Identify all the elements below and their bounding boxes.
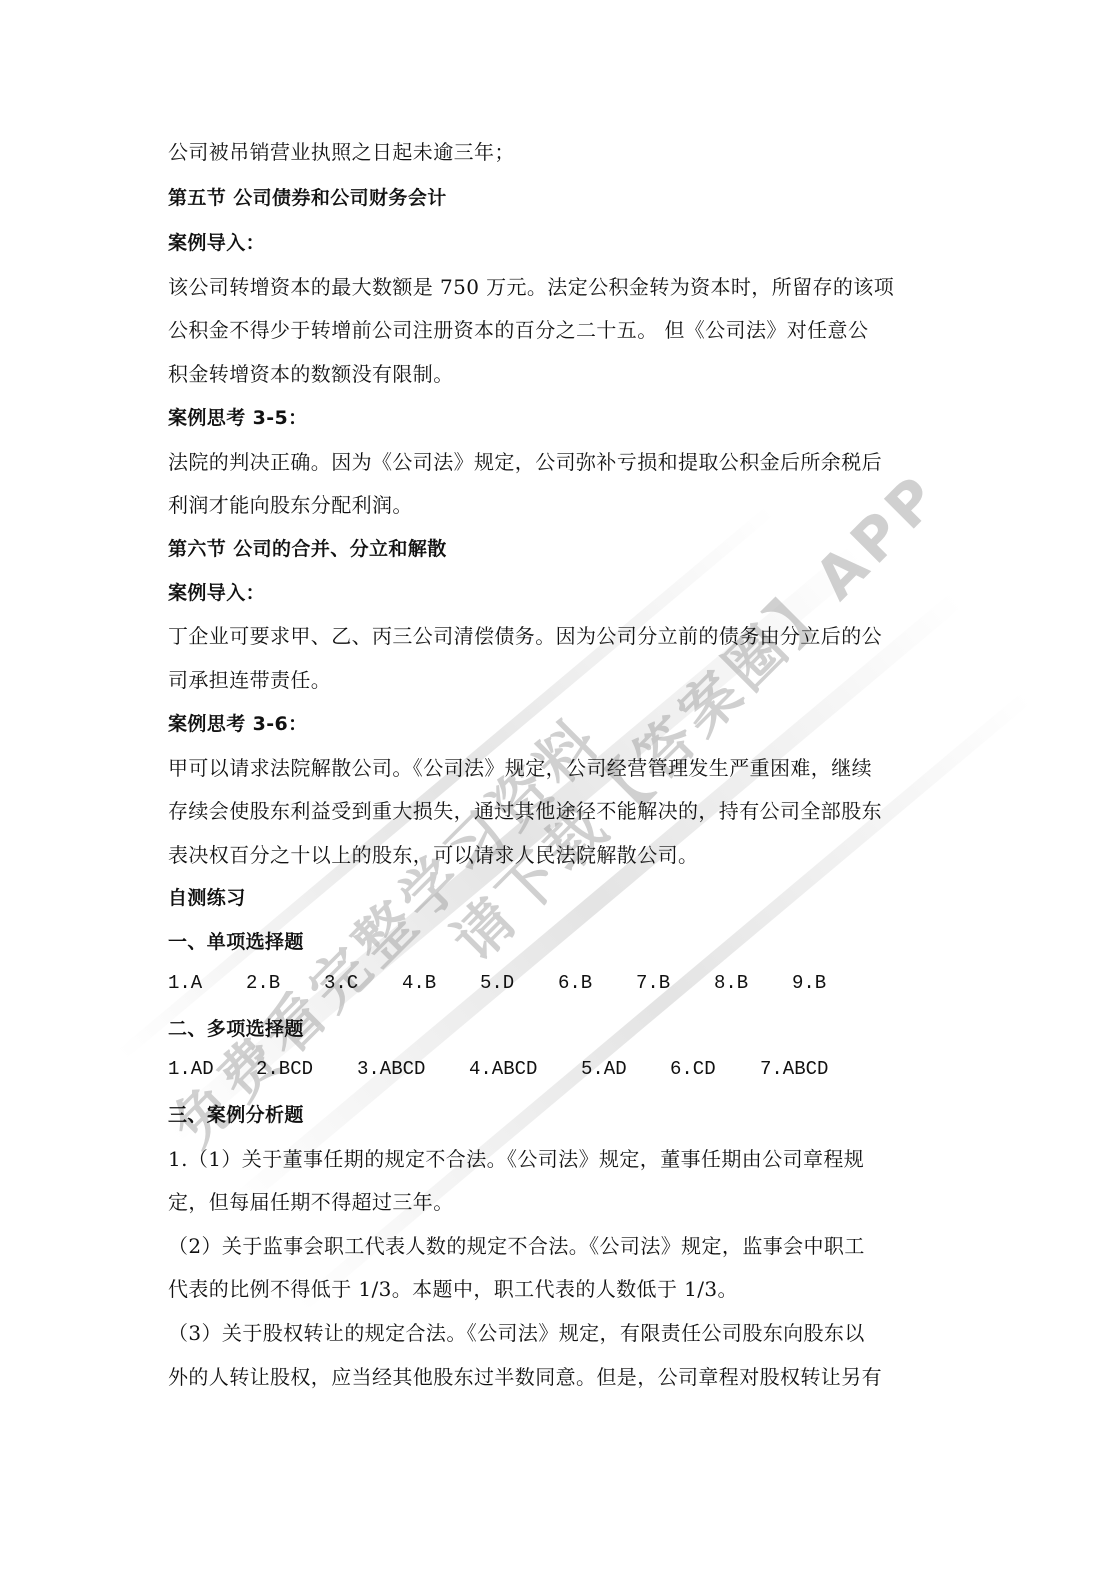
answer-item: 1.A <box>168 972 202 994</box>
text-line: 定，但每届任期不得超过三年。 <box>168 1188 454 1216</box>
multi-choice-heading: 二、多项选择题 <box>168 1015 304 1043</box>
answer-item: 2.B <box>246 972 280 994</box>
case-thinking-heading-3-6: 案例思考 3-6： <box>168 710 308 738</box>
text-line: 代表的比例不得低于 1/3。本题中，职工代表的人数低于 1/3。 <box>168 1275 738 1303</box>
watermark-stripe <box>296 691 1033 1312</box>
answer-item: 4.B <box>402 972 436 994</box>
watermark-line-2: 请下载【答案圈】APP <box>430 451 956 977</box>
text-line: （2）关于监事会职工代表人数的规定不合法。《公司法》规定，监事会中职工 <box>168 1232 865 1260</box>
answer-item: 1.AD <box>168 1058 214 1080</box>
text-line: 司承担连带责任。 <box>168 666 331 694</box>
text-line: 丁企业可要求甲、乙、丙三公司清偿债务。因为公司分立前的债务由分立后的公 <box>168 622 882 650</box>
answer-item: 4.ABCD <box>469 1058 537 1080</box>
text-line: 甲可以请求法院解散公司。《公司法》规定，公司经营管理发生严重困难，继续 <box>168 754 872 782</box>
text-line: 公司被吊销营业执照之日起未逾三年； <box>168 138 515 166</box>
answer-item: 6.B <box>558 972 592 994</box>
text-line: 1.（1）关于董事任期的规定不合法。《公司法》规定，董事任期由公司章程规 <box>168 1145 864 1173</box>
text-line: 存续会使股东利益受到重大损失，通过其他途径不能解决的，持有公司全部股东 <box>168 797 882 825</box>
section-heading-6: 第六节 公司的合并、分立和解散 <box>168 535 447 563</box>
answer-item: 5.AD <box>581 1058 627 1080</box>
answer-item: 2.BCD <box>256 1058 313 1080</box>
self-test-heading: 自测练习 <box>168 884 246 912</box>
case-intro-heading: 案例导入： <box>168 579 265 607</box>
answer-item: 7.ABCD <box>760 1058 828 1080</box>
text-line: 该公司转增资本的最大数额是 750 万元。法定公积金转为资本时，所留存的该项 <box>168 273 894 301</box>
document-page: 免费看完整学习资料 请下载【答案圈】APP 公司被吊销营业执照之日起未逾三年； … <box>0 0 1117 1579</box>
answer-item: 9.B <box>792 972 826 994</box>
text-line: 积金转增资本的数额没有限制。 <box>168 360 454 388</box>
watermark-stripe <box>224 591 963 1215</box>
case-thinking-heading-3-5: 案例思考 3-5： <box>168 404 308 432</box>
answer-item: 5.D <box>480 972 514 994</box>
section-heading-5: 第五节 公司债券和公司财务会计 <box>168 184 447 212</box>
answer-item: 3.ABCD <box>357 1058 425 1080</box>
text-line: 外的人转让股权，应当经其他股东过半数同意。但是，公司章程对股权转让另有 <box>168 1363 882 1391</box>
case-intro-heading: 案例导入： <box>168 229 265 257</box>
text-line: 表决权百分之十以上的股东，可以请求人民法院解散公司。 <box>168 841 698 869</box>
case-analysis-heading: 三、案例分析题 <box>168 1101 304 1129</box>
text-line: 公积金不得少于转增前公司注册资本的百分之二十五。 但《公司法》对任意公 <box>168 316 868 344</box>
answer-item: 8.B <box>714 972 748 994</box>
answer-item: 3.C <box>324 972 358 994</box>
text-line: 法院的判决正确。因为《公司法》规定，公司弥补亏损和提取公积金后所余税后 <box>168 448 882 476</box>
text-line: （3）关于股权转让的规定合法。《公司法》规定，有限责任公司股东向股东以 <box>168 1319 865 1347</box>
answer-item: 6.CD <box>670 1058 716 1080</box>
single-choice-heading: 一、单项选择题 <box>168 928 304 956</box>
text-line: 利润才能向股东分配利润。 <box>168 491 413 519</box>
answer-item: 7.B <box>636 972 670 994</box>
